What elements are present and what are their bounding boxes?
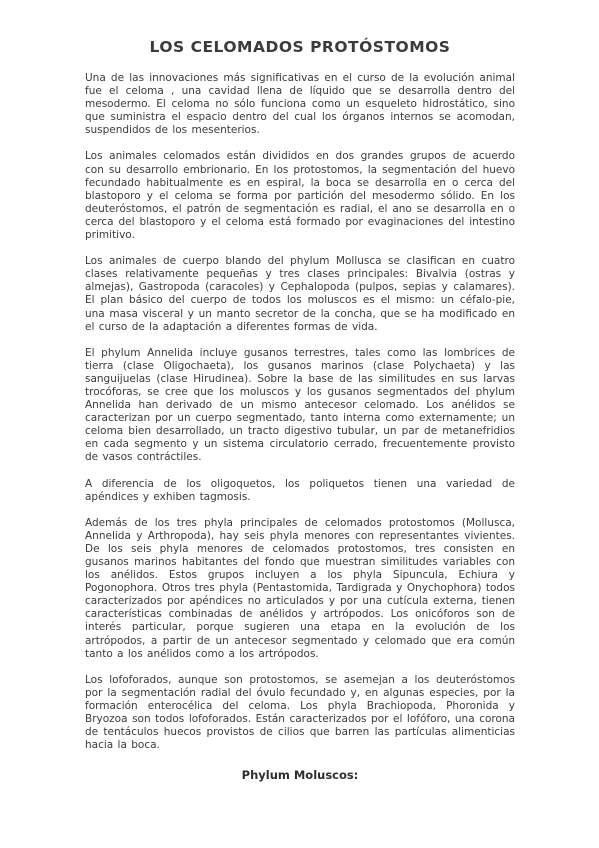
paragraph-celoma-intro: Una de las innovaciones más significativ… [85,72,515,137]
section-heading-phylum-moluscos: Phylum Moluscos: [85,768,515,782]
paragraph-dos-grupos: Los animales celomados están divididos e… [85,150,515,242]
document-title: LOS CELOMADOS PROTÓSTOMOS [85,38,515,56]
paragraph-oligoquetos-poliquetos: A diferencia de los oligoquetos, los pol… [85,478,515,504]
document-page: LOS CELOMADOS PROTÓSTOMOS Una de las inn… [0,0,599,848]
paragraph-annelida: El phylum Annelida incluye gusanos terre… [85,347,515,465]
paragraph-mollusca-clases: Los animales de cuerpo blando del phylum… [85,255,515,334]
paragraph-lofoforados: Los lofoforados, aunque son protostomos,… [85,674,515,753]
paragraph-phyla-menores: Además de los tres phyla principales de … [85,517,515,661]
